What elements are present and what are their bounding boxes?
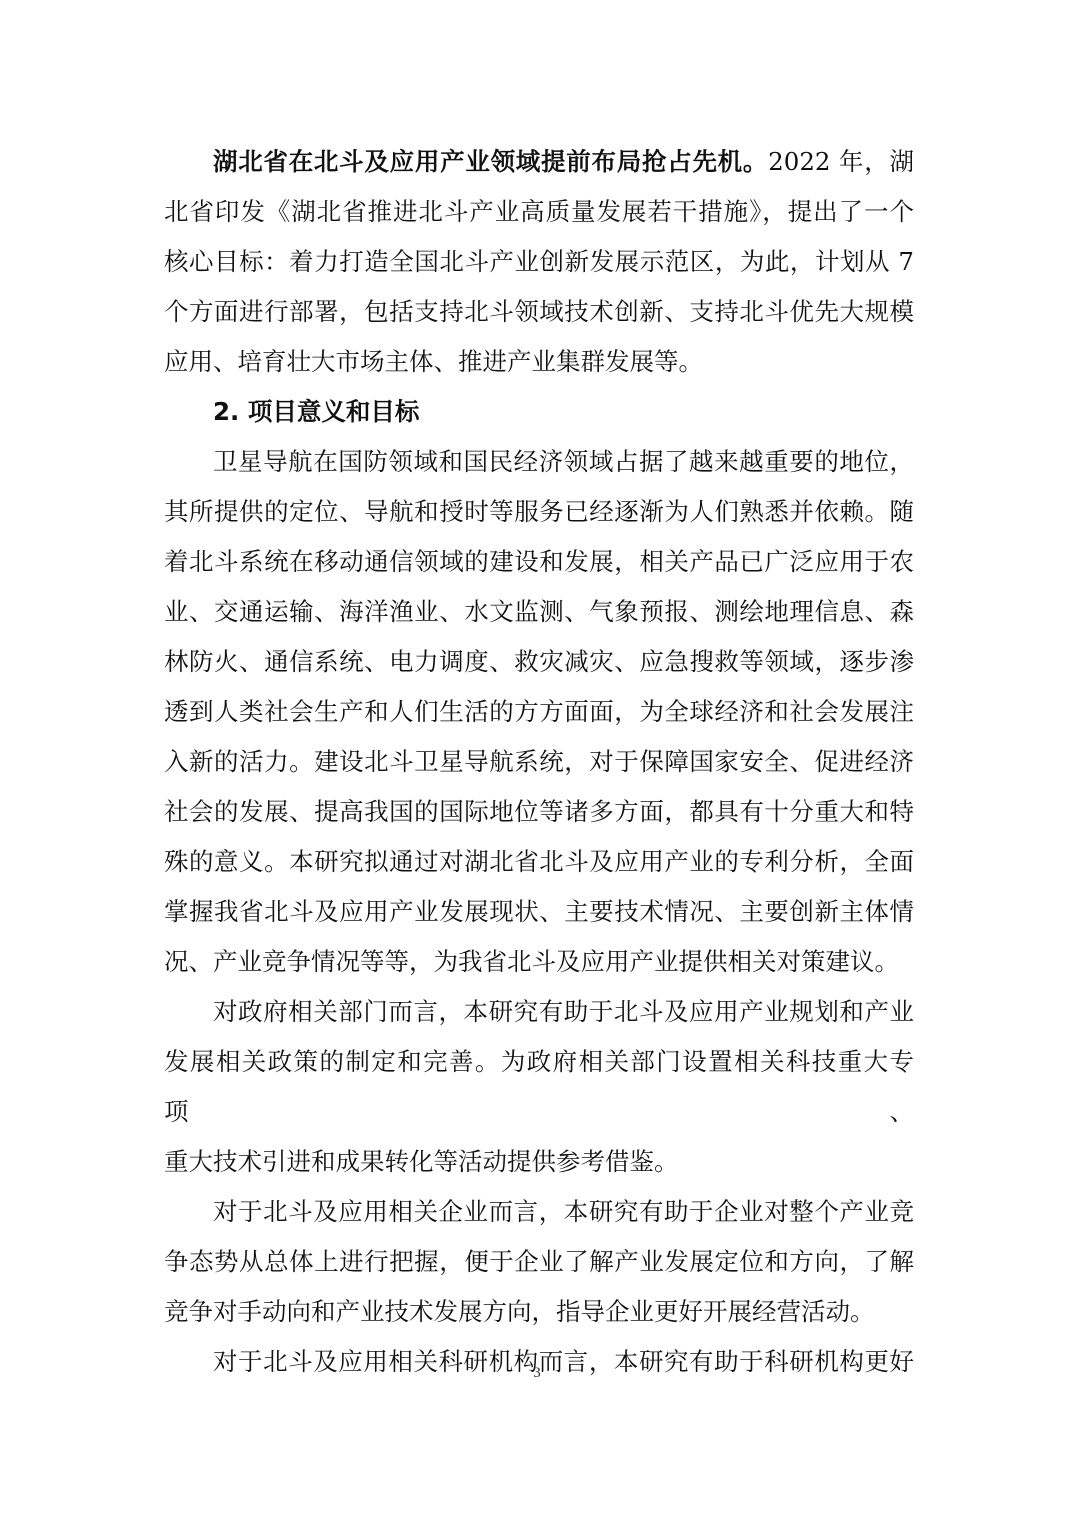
- text-line: 北省印发《湖北省推进北斗产业高质量发展若干措施》，提出了一个: [164, 187, 914, 237]
- text-line: 核心目标：着力打造全国北斗产业创新发展示范区，为此，计划从 7: [164, 237, 914, 287]
- paragraph-government: 对政府相关部门而言，本研究有助于北斗及应用产业规划和产业 发展相关政策的制定和完…: [164, 987, 914, 1187]
- text-line: 其所提供的定位、导航和授时等服务已经逐渐为人们熟悉并依赖。随: [164, 487, 914, 537]
- text-line: 况、产业竞争情况等等，为我省北斗及应用产业提供相关对策建议。: [164, 937, 914, 987]
- text-line: 对于北斗及应用相关企业而言，本研究有助于企业对整个产业竞: [164, 1187, 914, 1237]
- text-line: 个方面进行部署，包括支持北斗领域技术创新、支持北斗优先大规模: [164, 287, 914, 337]
- text-line: 入新的活力。建设北斗卫星导航系统，对于保障国家安全、促进经济: [164, 737, 914, 787]
- text-line: 殊的意义。本研究拟通过对湖北省北斗及应用产业的专利分析，全面: [164, 837, 914, 887]
- paragraph-significance: 卫星导航在国防领域和国民经济领域占据了越来越重要的地位， 其所提供的定位、导航和…: [164, 437, 914, 987]
- text-line: 争态势从总体上进行把握，便于企业了解产业发展定位和方向，了解: [164, 1237, 914, 1287]
- section-heading: 2. 项目意义和目标: [164, 387, 914, 437]
- text-line: 透到人类社会生产和人们生活的方方面面，为全球经济和社会发展注: [164, 687, 914, 737]
- text-line: 林防火、通信系统、电力调度、救灾减灾、应急搜救等领域，逐步渗: [164, 637, 914, 687]
- text-line: 社会的发展、提高我国的国际地位等诸多方面，都具有十分重大和特: [164, 787, 914, 837]
- text-line: 卫星导航在国防领域和国民经济领域占据了越来越重要的地位，: [164, 437, 914, 487]
- text-line: 应用、培育壮大市场主体、推进产业集群发展等。: [164, 337, 914, 387]
- text-line: 着北斗系统在移动通信领域的建设和发展，相关产品已广泛应用于农: [164, 537, 914, 587]
- text-line: 对政府相关部门而言，本研究有助于北斗及应用产业规划和产业: [164, 987, 914, 1037]
- text-line: 掌握我省北斗及应用产业发展现状、主要技术情况、主要创新主体情: [164, 887, 914, 937]
- text-line: 业、交通运输、海洋渔业、水文监测、气象预报、测绘地理信息、森: [164, 587, 914, 637]
- lead-sentence: 湖北省在北斗及应用产业领域提前布局抢占先机。: [213, 147, 768, 176]
- document-page: 湖北省在北斗及应用产业领域提前布局抢占先机。2022 年，湖 北省印发《湖北省推…: [164, 137, 914, 1387]
- text-line: 竞争对手动向和产业技术发展方向，指导企业更好开展经营活动。: [164, 1287, 914, 1337]
- text-line: 重大技术引进和成果转化等活动提供参考借鉴。: [164, 1137, 914, 1187]
- text-line: 湖北省在北斗及应用产业领域提前布局抢占先机。2022 年，湖: [164, 137, 914, 187]
- paragraph-enterprises: 对于北斗及应用相关企业而言，本研究有助于企业对整个产业竞 争态势从总体上进行把握…: [164, 1187, 914, 1337]
- page-number: 3: [0, 1365, 1074, 1382]
- text-line: 发展相关政策的制定和完善。为政府相关部门设置相关科技重大专项、: [164, 1037, 914, 1137]
- paragraph-hubei-layout: 湖北省在北斗及应用产业领域提前布局抢占先机。2022 年，湖 北省印发《湖北省推…: [164, 137, 914, 387]
